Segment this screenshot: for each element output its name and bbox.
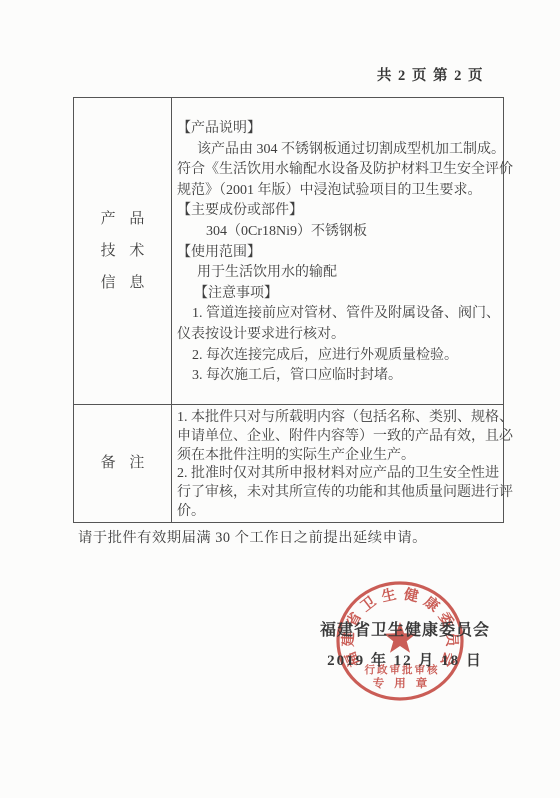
certificate-page: 共 2 页 第 2 页 产 品 技 术 信 息 【产品说明】 该产品由 304 … [0,0,560,798]
section-heading: 【产品说明】 [177,119,513,140]
row-header-text: 信 息 [96,276,150,291]
section-heading: 【主要成份或部件】 [177,201,513,222]
row-header-text: 技 术 [96,244,150,259]
section-heading: 【注意事项】 [177,284,513,305]
remarks-line: 行了审核，未对其所宣传的功能和其他质量问题进行评 [177,484,513,503]
product-info-row: 产 品 技 术 信 息 【产品说明】 该产品由 304 不锈钢板通过切割成型机加… [74,98,503,405]
product-info-line: 规范》（2001 年版）中浸泡试验项目的卫生要求。 [177,181,513,202]
issuing-authority: 福建省卫生健康委员会 [283,617,527,640]
svg-text:健: 健 [401,586,420,606]
issue-date: 2019 年 12 月 18 日 [283,649,527,670]
row-header-text: 产 品 [96,212,150,227]
remarks-line: 价。 [177,503,513,522]
remarks-row-header: 备 注 [74,405,172,522]
page-indicator: 共 2 页 第 2 页 [377,64,484,85]
remarks-line: 2. 批准时仅对其所申报材料对应产品的卫生安全性进 [177,465,513,484]
row-header-text: 备 注 [96,456,150,471]
renewal-note: 请于批件有效期届满 30 个工作日之前提出延续申请。 [78,527,427,547]
section-heading: 【使用范围】 [177,243,513,264]
certificate-table: 产 品 技 术 信 息 【产品说明】 该产品由 304 不锈钢板通过切割成型机加… [73,97,504,523]
remarks-line: 申请单位、企业、附件内容等）一致的产品有效，且必 [177,428,513,447]
remarks-line: 须在本批件注明的实际生产企业生产。 [177,447,513,466]
product-info-line: 3. 每次施工后，管口应临时封堵。 [177,366,513,387]
remarks-row: 备 注 1. 本批件只对与所载明内容（包括名称、类别、规格、 申请单位、企业、附… [74,405,503,522]
product-info-line: 304（0Cr18Ni9）不锈钢板 [177,222,513,243]
product-info-line: 1. 管道连接前应对管材、管件及附属设备、阀门、 [177,304,513,325]
product-info-line: 2. 每次连接完成后，应进行外观质量检验。 [177,346,513,367]
product-info-line: 符合《生活饮用水输配水设备及防护材料卫生安全评价 [177,160,513,181]
product-info-row-header: 产 品 技 术 信 息 [74,98,172,404]
seal-inner-text-line2: 专用章 [373,676,438,690]
remarks-cell: 1. 本批件只对与所载明内容（包括名称、类别、规格、 申请单位、企业、附件内容等… [172,405,521,522]
product-info-cell: 【产品说明】 该产品由 304 不锈钢板通过切割成型机加工制成。 符合《生活饮用… [172,98,521,404]
product-info-line: 用于生活饮用水的输配 [177,263,513,284]
product-info-line: 该产品由 304 不锈钢板通过切割成型机加工制成。 [177,140,513,161]
svg-text:生: 生 [380,586,398,606]
product-info-line: 仪表按设计要求进行核对。 [177,325,513,346]
remarks-line: 1. 本批件只对与所载明内容（包括名称、类别、规格、 [177,409,513,428]
official-seal-stamp-icon: 福建省卫生健康委员会 行政审批审核 专用章 [333,580,467,704]
